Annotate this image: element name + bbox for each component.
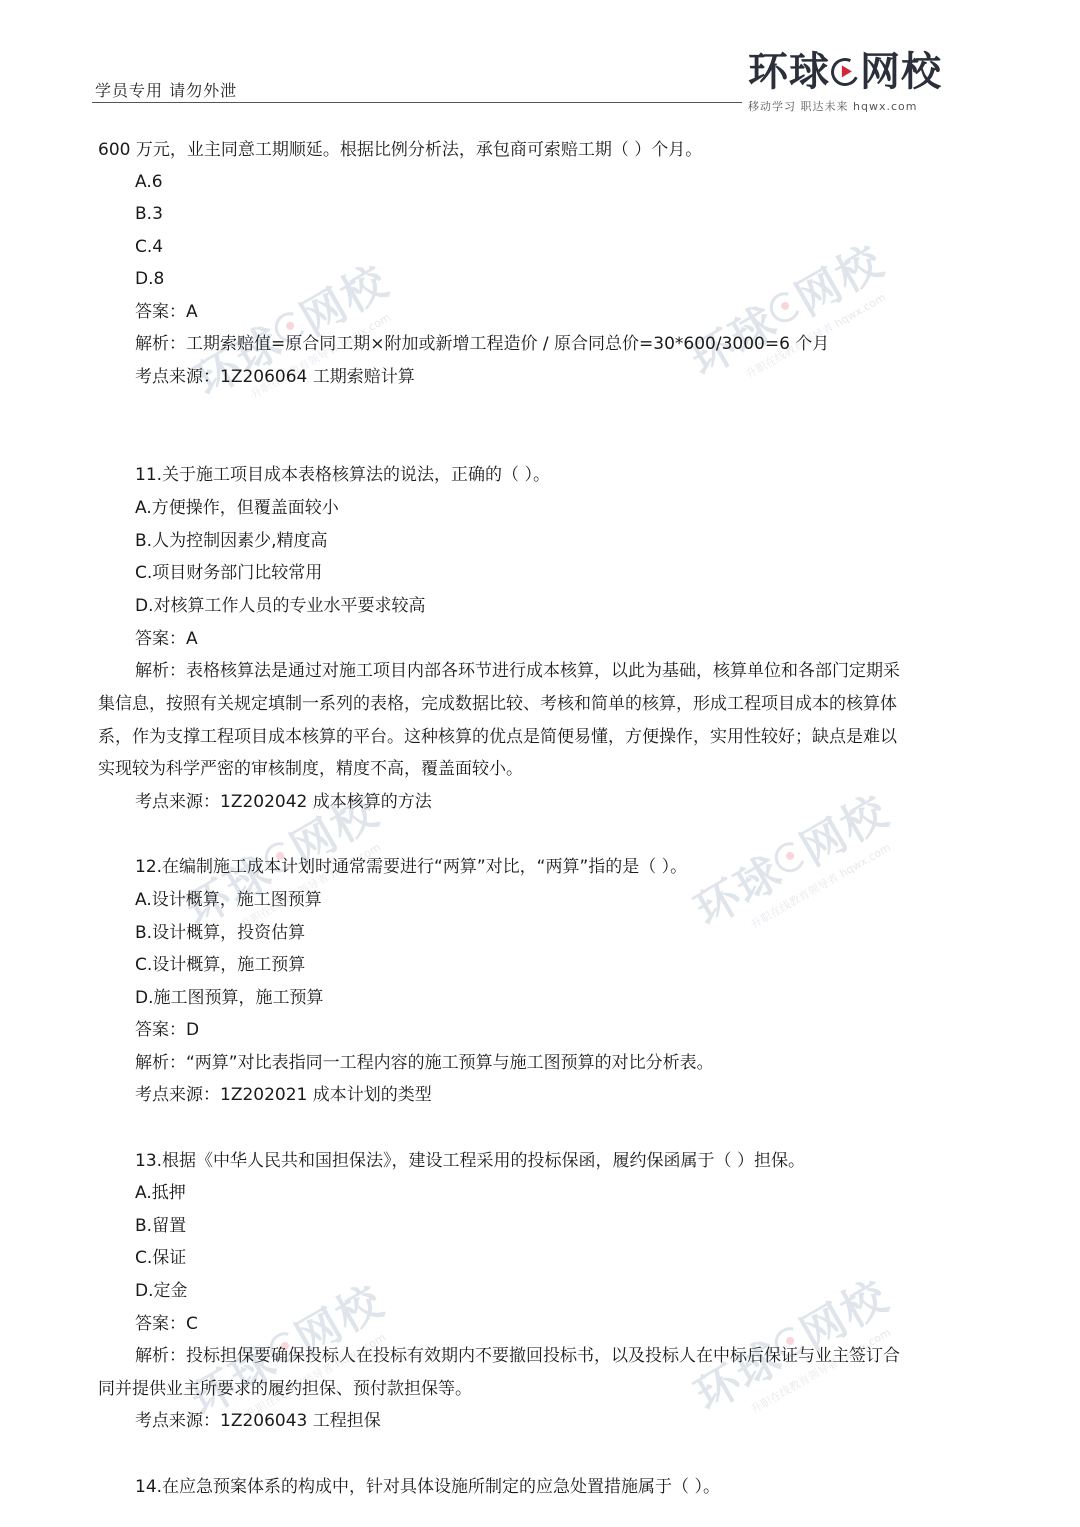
watermark-text: 环球 bbox=[181, 307, 293, 408]
watermark-logo-icon bbox=[769, 837, 810, 878]
option-b: B.设计概算，投资估算 bbox=[135, 921, 305, 945]
option-d: D.施工图预算，施工预算 bbox=[135, 986, 324, 1010]
option-a: A.抵押 bbox=[135, 1181, 186, 1205]
option-b: B.人为控制因素少,精度高 bbox=[135, 529, 327, 553]
option-a: A.方便操作，但覆盖面较小 bbox=[135, 496, 339, 520]
watermark-subtext: 升职在线教育领导者 hqwx.com bbox=[748, 818, 929, 932]
watermark: 环球网校 升职在线教育领导者 hqwx.com bbox=[676, 213, 944, 437]
watermark-text: 环球 bbox=[681, 1322, 793, 1423]
analysis-line: 同并提供业主所要求的履约担保、预付款担保等。 bbox=[98, 1377, 472, 1401]
analysis: 解析：“两算”对比表指同一工程内容的施工预算与施工图预算的对比分析表。 bbox=[135, 1051, 714, 1075]
option-a: A.设计概算，施工图预算 bbox=[135, 888, 322, 912]
source: 考点来源：1Z206043 工程担保 bbox=[135, 1409, 381, 1433]
option-d: D.对核算工作人员的专业水平要求较高 bbox=[135, 594, 426, 618]
source: 考点来源：1Z206064 工期索赔计算 bbox=[135, 365, 415, 389]
option-b: B.留置 bbox=[135, 1214, 186, 1238]
answer: 答案：D bbox=[135, 1018, 199, 1042]
play-icon bbox=[827, 54, 863, 90]
analysis-line: 系，作为支撑工程项目成本核算的平台。这种核算的优点是简便易懂，方便操作，实用性较… bbox=[98, 725, 897, 749]
answer: 答案：A bbox=[135, 627, 198, 651]
logo-tagline: 移动学习 职达未来 hqwx.com bbox=[748, 98, 948, 114]
watermark-subtext: 升职在线教育领导者 hqwx.com bbox=[743, 268, 924, 382]
option-c: C.设计概算，施工预算 bbox=[135, 953, 305, 977]
analysis-line: 集信息，按照有关规定填制一系列的表格，完成数据比较、考核和简单的核算，形成工程项… bbox=[98, 692, 897, 716]
source: 考点来源：1Z202042 成本核算的方法 bbox=[135, 790, 432, 814]
logo-text-part1: 环球 bbox=[748, 50, 830, 94]
analysis-line: 解析：投标担保要确保投标人在投标有效期内不要撤回投标书，以及投标人在中标后保证与… bbox=[135, 1344, 900, 1368]
confidential-notice: 学员专用 请勿外泄 bbox=[95, 78, 237, 101]
logo-wordmark: 环球 网校 bbox=[748, 50, 948, 94]
watermark-text: 网校 bbox=[782, 226, 894, 327]
logo-text-part2: 网校 bbox=[860, 50, 942, 94]
question-stem: 12.在编制施工成本计划时通常需要进行“两算”对比，“两算”指的是（ ）。 bbox=[135, 855, 687, 879]
option-d: D.定金 bbox=[135, 1279, 188, 1303]
question-stem-continuation: 600 万元，业主同意工期顺延。根据比例分析法，承包商可索赔工期（ ）个月。 bbox=[98, 138, 702, 162]
answer: 答案：A bbox=[135, 300, 198, 324]
option-d: D.8 bbox=[135, 267, 164, 291]
watermark: 环球网校 升职在线教育领导者 hqwx.com bbox=[681, 763, 949, 987]
option-c: C.4 bbox=[135, 235, 163, 259]
header-divider bbox=[92, 102, 742, 103]
question-stem: 14.在应急预案体系的构成中，针对具体设施所制定的应急处置措施属于（ ）。 bbox=[135, 1475, 720, 1499]
analysis: 解析：工期索赔值=原合同工期×附加或新增工程造价 / 原合同总价=30*600/… bbox=[135, 332, 829, 356]
answer: 答案：C bbox=[135, 1312, 198, 1336]
watermark-text: 环球 bbox=[681, 837, 793, 938]
option-c: C.保证 bbox=[135, 1246, 186, 1270]
analysis-line: 解析：表格核算法是通过对施工项目内部各环节进行成本核算，以此为基础，核算单位和各… bbox=[135, 659, 900, 683]
brand-logo: 环球 网校 移动学习 职达未来 hqwx.com bbox=[748, 50, 948, 120]
option-b: B.3 bbox=[135, 202, 163, 226]
question-stem: 13.根据《中华人民共和国担保法》，建设工程采用的投标保函，履约保函属于（ ）担… bbox=[135, 1149, 805, 1173]
option-a: A.6 bbox=[135, 170, 163, 194]
question-stem: 11.关于施工项目成本表格核算法的说法，正确的（ ）。 bbox=[135, 463, 550, 487]
source: 考点来源：1Z202021 成本计划的类型 bbox=[135, 1083, 432, 1107]
watermark-text: 网校 bbox=[787, 776, 899, 877]
option-c: C.项目财务部门比较常用 bbox=[135, 561, 322, 585]
analysis-line: 实现较为科学严密的审核制度，精度不高，覆盖面较小。 bbox=[98, 757, 523, 781]
watermark-logo-icon bbox=[764, 287, 805, 328]
